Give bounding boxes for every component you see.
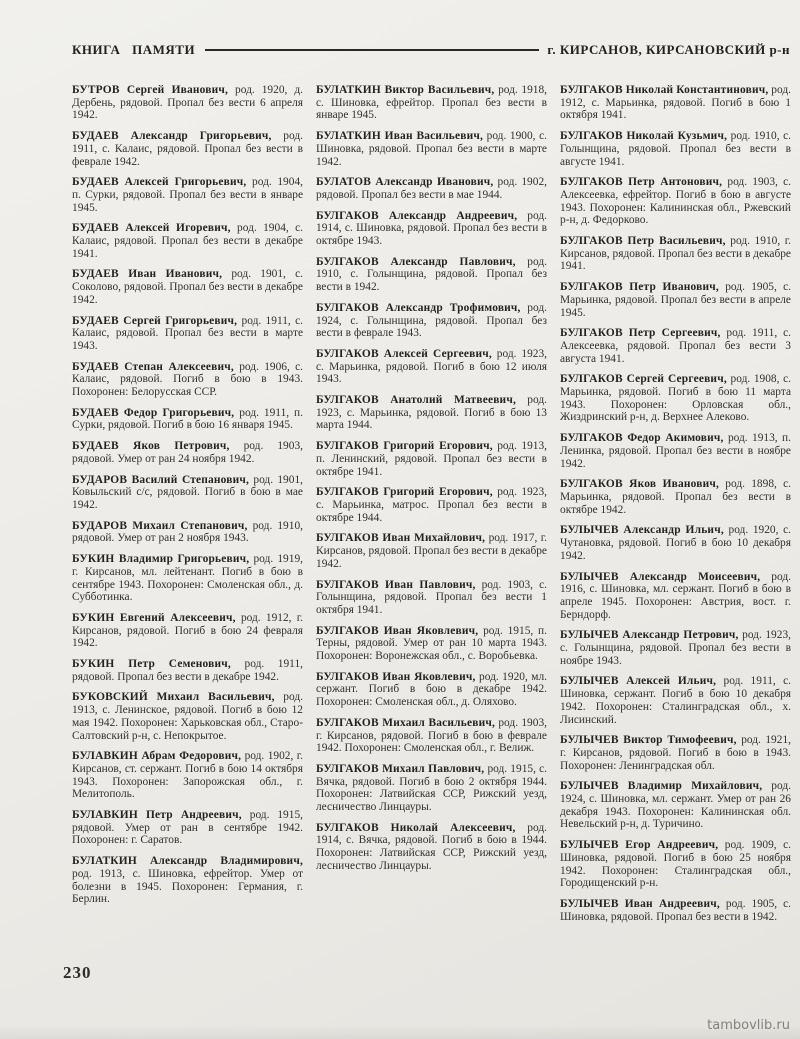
entry-name: БУЛГАКОВ Иван Михайлович, xyxy=(316,532,485,544)
memorial-entry: БУЛГАКОВ Сергей Сергеевич, род. 1908, с.… xyxy=(560,373,791,424)
column-3: БУЛГАКОВ Николай Константинович, род. 19… xyxy=(560,84,791,931)
entry-name: БУЛАВКИН Абрам Федорович, xyxy=(72,750,241,762)
memorial-entry: БУДАЕВ Сергей Григорьевич, род. 1911, с.… xyxy=(72,315,303,353)
entry-name: БУЛГАКОВ Михаил Васильевич, xyxy=(316,717,495,729)
entry-name: БУЛГАКОВ Михаил Павлович, xyxy=(316,763,484,775)
entry-name: БУЛАТКИН Александр Владимирович, xyxy=(72,855,303,867)
memorial-entry: БУДАЕВ Яков Петрович, род. 1903, рядовой… xyxy=(72,440,303,465)
memorial-entry: БУДАЕВ Алексей Григорьевич, род. 1904, п… xyxy=(72,176,303,214)
memorial-entry: БУЛГАКОВ Михаил Павлович, род. 1915, с. … xyxy=(316,763,547,814)
memorial-entry: БУЛГАКОВ Иван Яковлевич, род. 1915, п. Т… xyxy=(316,625,547,663)
entry-name: БУЛГАКОВ Алексей Сергеевич, xyxy=(316,348,492,360)
entry-name: БУЛАТКИН Виктор Васильевич, xyxy=(316,84,494,96)
memorial-entry: БУЛЫЧЕВ Алексей Ильич, род. 1911, с. Шин… xyxy=(560,675,791,726)
entry-name: БУЛАТКИН Иван Васильевич, xyxy=(316,130,483,142)
entry-name: БУЛЫЧЕВ Иван Андреевич, xyxy=(560,898,720,910)
memorial-entry: БУЛЫЧЕВ Александр Ильич, род. 1920, с. Ч… xyxy=(560,524,791,562)
entry-details: род. 1913, с. Шиновка, ефрейтор. Умер от… xyxy=(72,868,303,905)
entry-name: БУЛГАКОВ Петр Иванович, xyxy=(560,281,719,293)
entry-name: БУЛГАКОВ Александр Трофимович, xyxy=(316,302,521,314)
memorial-entry: БУКОВСКИЙ Михаил Васильевич, род. 1913, … xyxy=(72,691,303,742)
memorial-entry: БУЛАТОВ Александр Иванович, род. 1902, р… xyxy=(316,176,547,201)
column-2: БУЛАТКИН Виктор Васильевич, род. 1918, с… xyxy=(316,84,547,931)
entry-name: БУКИН Владимир Григорьевич, xyxy=(72,553,249,565)
entry-name: БУЛЫЧЕВ Александр Ильич, xyxy=(560,524,724,536)
page-edge-shadow xyxy=(0,1025,800,1039)
entry-name: БУЛГАКОВ Иван Яковлевич, xyxy=(316,625,478,637)
entry-name: БУЛГАКОВ Петр Антонович, xyxy=(560,176,722,188)
memorial-entry: БУЛГАКОВ Николай Алексеевич, род. 1914, … xyxy=(316,822,547,873)
watermark: tambovlib.ru xyxy=(707,1018,790,1033)
entry-name: БУЛГАКОВ Григорий Егорович, xyxy=(316,486,493,498)
memorial-entry: БУДАРОВ Василий Степанович, род. 1901, К… xyxy=(72,474,303,512)
entry-name: БУДАЕВ Алексей Григорьевич, xyxy=(72,176,246,188)
district-title: г. КИРСАНОВ, КИРСАНОВСКИЙ р-н xyxy=(547,42,790,58)
entry-name: БУКОВСКИЙ Михаил Васильевич, xyxy=(72,691,275,703)
memorial-entry: БУДАРОВ Михаил Степанович, род. 1910, ря… xyxy=(72,520,303,545)
entry-name: БУЛЫЧЕВ Александр Моисеевич, xyxy=(560,571,760,583)
entry-name: БУЛГАКОВ Николай Константинович, xyxy=(560,84,768,96)
memorial-entry: БУЛГАКОВ Григорий Егорович, род. 1913, п… xyxy=(316,440,547,478)
memorial-entry: БУЛЫЧЕВ Иван Андреевич, род. 1905, с. Ши… xyxy=(560,898,791,923)
memorial-entry: БУДАЕВ Алексей Игоревич, род. 1904, с. К… xyxy=(72,222,303,260)
memorial-entry: БУЛГАКОВ Яков Иванович, род. 1898, с. Ма… xyxy=(560,478,791,516)
entry-name: БУЛГАКОВ Александр Павлович, xyxy=(316,256,516,268)
memorial-entry: БУКИН Евгений Алексеевич, род. 1912, г. … xyxy=(72,612,303,650)
entry-name: БУКИН Евгений Алексеевич, xyxy=(72,612,236,624)
memorial-entry: БУЛГАКОВ Петр Антонович, род. 1903, с. А… xyxy=(560,176,791,227)
memorial-entry: БУЛГАКОВ Александр Павлович, род. 1910, … xyxy=(316,256,547,294)
entry-name: БУЛГАКОВ Николай Кузьмич, xyxy=(560,130,727,142)
memorial-entry: БУЛАВКИН Абрам Федорович, род. 1902, г. … xyxy=(72,750,303,801)
entry-name: БУКИН Петр Семенович, xyxy=(72,658,231,670)
header-rule xyxy=(205,49,539,51)
memorial-entry: БУЛГАКОВ Григорий Егорович, род. 1923, с… xyxy=(316,486,547,524)
column-1: БУТРОВ Сергей Иванович, род. 1920, д. Де… xyxy=(72,84,303,931)
entry-name: БУЛГАКОВ Федор Акимович, xyxy=(560,432,724,444)
memorial-entry: БУДАЕВ Степан Алексеевич, род. 1906, с. … xyxy=(72,361,303,399)
entry-name: БУДАЕВ Александр Григорьевич, xyxy=(72,130,272,142)
memorial-entry: БУЛГАКОВ Иван Яковлевич, род. 1920, мл. … xyxy=(316,671,547,709)
book-title: КНИГА ПАМЯТИ xyxy=(72,42,195,58)
memorial-entry: БУТРОВ Сергей Иванович, род. 1920, д. Де… xyxy=(72,84,303,122)
entry-name: БУЛЫЧЕВ Александр Петрович, xyxy=(560,629,739,641)
memorial-entry: БУКИН Петр Семенович, род. 1911, рядовой… xyxy=(72,658,303,683)
page-header: КНИГА ПАМЯТИ г. КИРСАНОВ, КИРСАНОВСКИЙ р… xyxy=(72,42,790,58)
memorial-entry: БУЛАТКИН Александр Владимирович, род. 19… xyxy=(72,855,303,906)
page-number: 230 xyxy=(63,963,92,983)
entry-name: БУДАЕВ Федор Григорьевич, xyxy=(72,407,234,419)
entry-name: БУЛАТОВ Александр Иванович, xyxy=(316,176,493,188)
entry-name: БУЛГАКОВ Сергей Сергеевич, xyxy=(560,373,727,385)
memorial-entry: БУДАЕВ Федор Григорьевич, род. 1911, п. … xyxy=(72,407,303,432)
memorial-entry: БУЛГАКОВ Петр Сергеевич, род. 1911, с. А… xyxy=(560,327,791,365)
entry-name: БУЛГАКОВ Петр Васильевич, xyxy=(560,235,726,247)
entry-name: БУЛГАКОВ Анатолий Матвеевич, xyxy=(316,394,516,406)
entry-name: БУЛГАКОВ Иван Яковлевич, xyxy=(316,671,476,683)
memorial-entry: БУЛГАКОВ Александр Андреевич, род. 1914,… xyxy=(316,210,547,248)
memorial-entry: БУЛГАКОВ Николай Кузьмич, род. 1910, с. … xyxy=(560,130,791,168)
memorial-entry: БУЛАВКИН Петр Андреевич, род. 1915, рядо… xyxy=(72,809,303,847)
entry-name: БУЛГАКОВ Григорий Егорович, xyxy=(316,440,493,452)
entry-name: БУЛЫЧЕВ Виктор Тимофеевич, xyxy=(560,734,737,746)
memorial-entry: БУЛАТКИН Иван Васильевич, род. 1900, с. … xyxy=(316,130,547,168)
entry-name: БУЛГАКОВ Александр Андреевич, xyxy=(316,210,517,222)
entry-name: БУЛАВКИН Петр Андреевич, xyxy=(72,809,242,821)
entry-name: БУДАЕВ Яков Петрович, xyxy=(72,440,230,452)
memorial-entry: БУЛГАКОВ Петр Васильевич, род. 1910, г. … xyxy=(560,235,791,273)
memorial-entry: БУЛГАКОВ Николай Константинович, род. 19… xyxy=(560,84,791,122)
entry-name: БУЛЫЧЕВ Алексей Ильич, xyxy=(560,675,716,687)
entry-name: БУЛГАКОВ Иван Павлович, xyxy=(316,579,476,591)
entry-name: БУЛЫЧЕВ Егор Андреевич, xyxy=(560,839,718,851)
memorial-entry: БУЛГАКОВ Михаил Васильевич, род. 1903, г… xyxy=(316,717,547,755)
memorial-entry: БУЛЫЧЕВ Владимир Михайлович, род. 1924, … xyxy=(560,780,791,831)
memorial-entry: БУЛГАКОВ Александр Трофимович, род. 1924… xyxy=(316,302,547,340)
entry-name: БУТРОВ Сергей Иванович, xyxy=(72,84,228,96)
memorial-entry: БУЛГАКОВ Петр Иванович, род. 1905, с. Ма… xyxy=(560,281,791,319)
memorial-entry: БУЛГАКОВ Алексей Сергеевич, род. 1923, с… xyxy=(316,348,547,386)
memorial-entry: БУЛГАКОВ Иван Михайлович, род. 1917, г. … xyxy=(316,532,547,570)
entry-name: БУЛГАКОВ Николай Алексеевич, xyxy=(316,822,516,834)
memorial-entry: БУЛЫЧЕВ Александр Петрович, род. 1923, с… xyxy=(560,629,791,667)
memorial-entry: БУЛЫЧЕВ Егор Андреевич, род. 1909, с. Ши… xyxy=(560,839,791,890)
entry-name: БУДАЕВ Степан Алексеевич, xyxy=(72,361,234,373)
memorial-entry: БУЛГАКОВ Федор Акимович, род. 1913, п. Л… xyxy=(560,432,791,470)
entry-name: БУДАЕВ Алексей Игоревич, xyxy=(72,222,231,234)
memorial-entry: БУЛГАКОВ Иван Павлович, род. 1903, с. Го… xyxy=(316,579,547,617)
memorial-entry: БУЛЫЧЕВ Виктор Тимофеевич, род. 1921, г.… xyxy=(560,734,791,772)
entry-name: БУДАЕВ Сергей Григорьевич, xyxy=(72,315,237,327)
entry-name: БУЛГАКОВ Яков Иванович, xyxy=(560,478,719,490)
book-page: КНИГА ПАМЯТИ г. КИРСАНОВ, КИРСАНОВСКИЙ р… xyxy=(0,0,800,1039)
memorial-entry: БУДАЕВ Александр Григорьевич, род. 1911,… xyxy=(72,130,303,168)
entry-name: БУДАРОВ Василий Степанович, xyxy=(72,474,249,486)
entry-name: БУЛЫЧЕВ Владимир Михайлович, xyxy=(560,780,762,792)
memorial-entry: БУДАЕВ Иван Иванович, род. 1901, с. Соко… xyxy=(72,268,303,306)
entry-name: БУДАЕВ Иван Иванович, xyxy=(72,268,222,280)
memorial-entry: БУКИН Владимир Григорьевич, род. 1919, г… xyxy=(72,553,303,604)
entry-name: БУДАРОВ Михаил Степанович, xyxy=(72,520,248,532)
entry-name: БУЛГАКОВ Петр Сергеевич, xyxy=(560,327,721,339)
memorial-entry: БУЛГАКОВ Анатолий Матвеевич, род. 1923, … xyxy=(316,394,547,432)
entries-columns: БУТРОВ Сергей Иванович, род. 1920, д. Де… xyxy=(72,84,790,931)
memorial-entry: БУЛЫЧЕВ Александр Моисеевич, род. 1916, … xyxy=(560,571,791,622)
memorial-entry: БУЛАТКИН Виктор Васильевич, род. 1918, с… xyxy=(316,84,547,122)
